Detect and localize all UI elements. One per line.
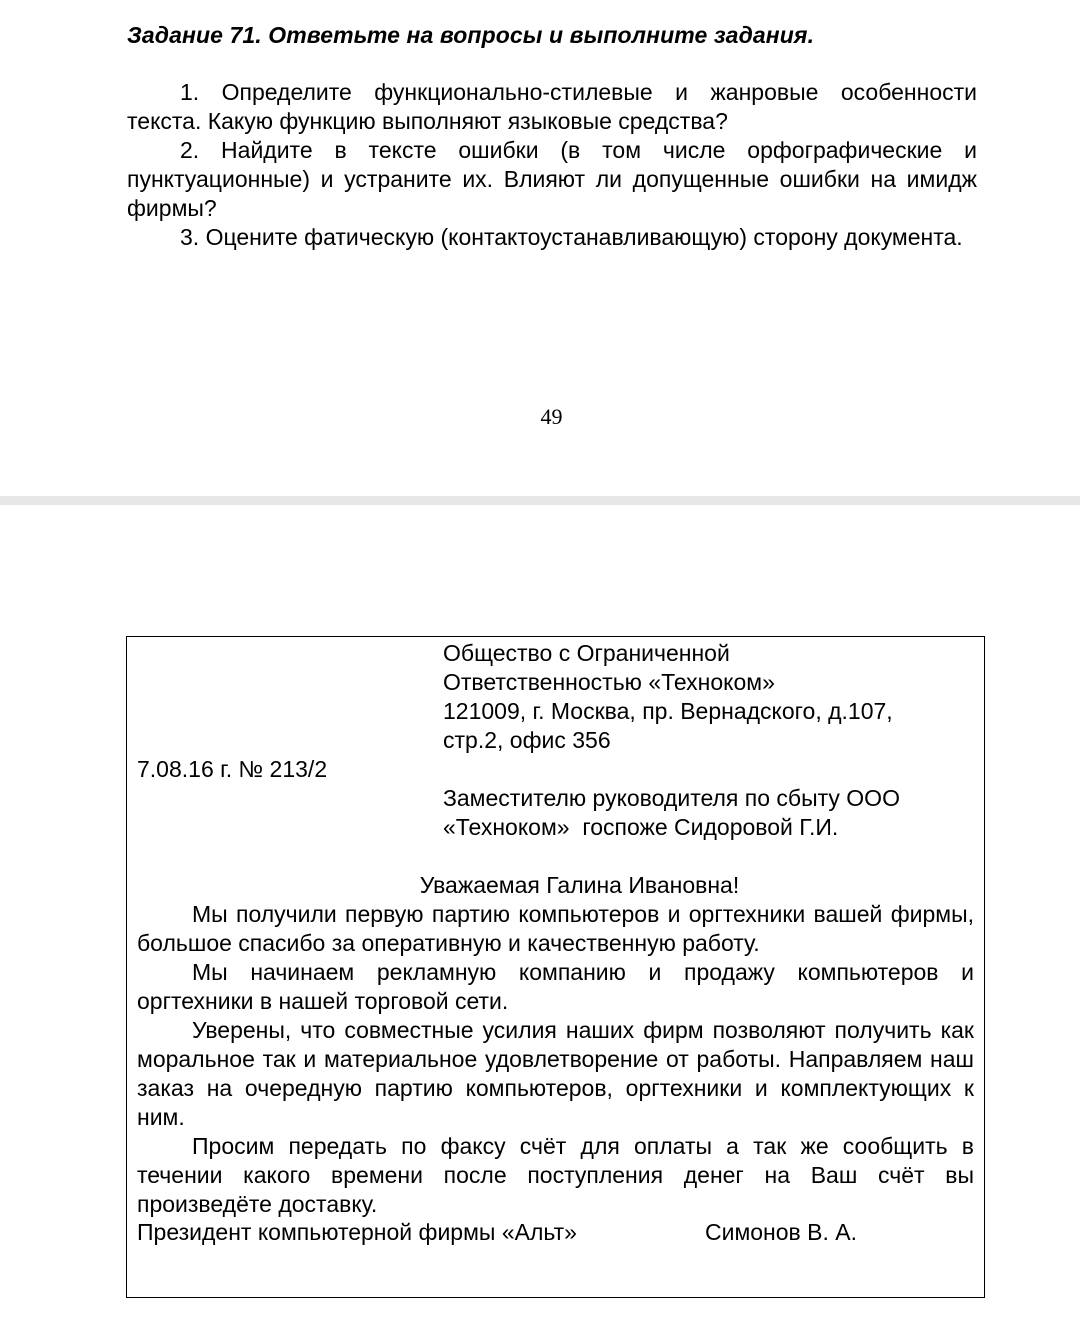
body-paragraph: Мы начинаем рекламную компанию и продажу… [137,958,974,1016]
recipient-org-line: стр.2, офис 356 [443,726,983,755]
body-paragraph: Мы получили первую партию компьютеров и … [137,900,974,958]
addressee: Заместителю руководителя по сбыту ООО «Т… [443,784,983,842]
recipient-org-line: Ответственностью «Техноком» [443,668,983,697]
signature-name: Симонов В. А. [705,1218,857,1247]
signature-title: Президент компьютерной фирмы «Альт» [137,1218,577,1247]
body-paragraph: Просим передать по факсу счёт для оплаты… [137,1132,974,1219]
task-item-2: 2. Найдите в тексте ошибки (в том числе … [127,136,977,223]
task-title: Задание 71. Ответьте на вопросы и выполн… [127,20,814,50]
task-item-1: 1. Определите функционально-стилевые и ж… [127,78,977,136]
addressee-line: «Техноком» госпоже Сидоровой Г.И. [443,813,983,842]
recipient-organization: Общество с Ограниченной Ответственностью… [443,639,983,755]
salutation: Уважаемая Галина Ивановна! [137,871,974,900]
signature-row: Президент компьютерной фирмы «Альт» Симо… [137,1218,974,1247]
body-paragraph: Уверены, что совместные усилия наших фир… [137,1016,974,1132]
letter-body: Мы получили первую партию компьютеров и … [137,900,974,1219]
letter-date-number: 7.08.16 г. № 213/2 [137,755,327,784]
recipient-org-line: Общество с Ограниченной [443,639,983,668]
addressee-line: Заместителю руководителя по сбыту ООО [443,784,983,813]
page-number: 49 [0,404,1080,430]
task-list: 1. Определите функционально-стилевые и ж… [127,78,977,252]
document-page-49: Задание 71. Ответьте на вопросы и выполн… [0,0,1080,496]
recipient-org-line: 121009, г. Москва, пр. Вернадского, д.10… [443,697,983,726]
page-separator [0,496,1080,505]
task-item-3: 3. Оцените фатическую (контактоустанавли… [127,223,977,252]
